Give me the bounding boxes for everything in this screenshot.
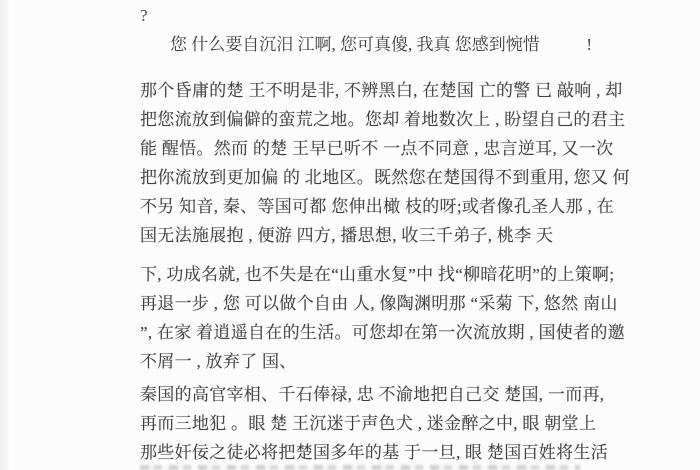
- scan-edge-shading: [0, 0, 10, 470]
- text-line: 国无法施展抱 , 便游 四方, 播思想, 收三千弟子, 桃李 天: [140, 221, 592, 250]
- paragraph-1: 那个昏庸的楚 王不明是非, 不辨黑白, 在楚国 亡的警 已 敲响 , 却 把您流…: [140, 76, 592, 250]
- text-line: 秦国的高官宰相、千石俸禄, 忠 不渝地把自己交 楚国, 一而再,: [140, 380, 592, 409]
- text-line: 不屑一 , 放弃了 国、: [140, 347, 592, 376]
- exclamation-mark: !: [586, 30, 592, 59]
- text-line: 再而三地犯 。眼 楚 王沉迷于声色犬 , 迷金醉之中, 眼 朝堂上: [140, 409, 592, 438]
- opening-text: 您 什么要自沉汨 江啊, 您可真傻, 我真 您感到惋惜: [170, 30, 540, 59]
- scanned-document-page: ? 您 什么要自沉汨 江啊, 您可真傻, 我真 您感到惋惜 ! 那个昏庸的楚 王…: [0, 0, 700, 470]
- text-line: 那个昏庸的楚 王不明是非, 不辨黑白, 在楚国 亡的警 已 敲响 , 却: [140, 76, 592, 105]
- paragraph-2: 下, 功成名就, 也不失是在“山重水复”中 找“柳暗花明”的上策啊; 再退一步 …: [140, 260, 592, 376]
- question-mark-line: ?: [140, 2, 592, 30]
- document-content: ? 您 什么要自沉汨 江啊, 您可真傻, 我真 您感到惋惜 ! 那个昏庸的楚 王…: [140, 2, 592, 467]
- text-line: 下, 功成名就, 也不失是在“山重水复”中 找“柳暗花明”的上策啊;: [140, 260, 592, 289]
- text-line: 那些奸佞之徒必将把楚国多年的基 于一旦, 眼 楚国百姓将生活: [140, 438, 592, 467]
- opening-line: 您 什么要自沉汨 江啊, 您可真傻, 我真 您感到惋惜 !: [140, 30, 592, 59]
- text-line: ”, 在家 着逍遥自在的生活。可您却在第一次流放期 , 国使者的邀: [140, 318, 592, 347]
- paragraph-3: 秦国的高官宰相、千石俸禄, 忠 不渝地把自己交 楚国, 一而再, 再而三地犯 。…: [140, 380, 592, 467]
- text-line: 把您流放到偏僻的蛮荒之地。您却 着地数次上 , 盼望自己的君主: [140, 105, 592, 134]
- text-line: 把你流放到更加偏 的 北地区。既然您在楚国得不到重用, 您又 何: [140, 163, 592, 192]
- text-line: 不另 知音, 秦、等国可都 您伸出橄 枝的呀;或者像孔圣人那 , 在: [140, 192, 592, 221]
- text-line: 能 醒悟。然而 的楚 王早已听不 一点不同意 , 忠言逆耳, 又一次: [140, 134, 592, 163]
- text-line: 再退一步 , 您 可以做个自由 人, 像陶渊明那 “采菊 下, 悠然 南山: [140, 289, 592, 318]
